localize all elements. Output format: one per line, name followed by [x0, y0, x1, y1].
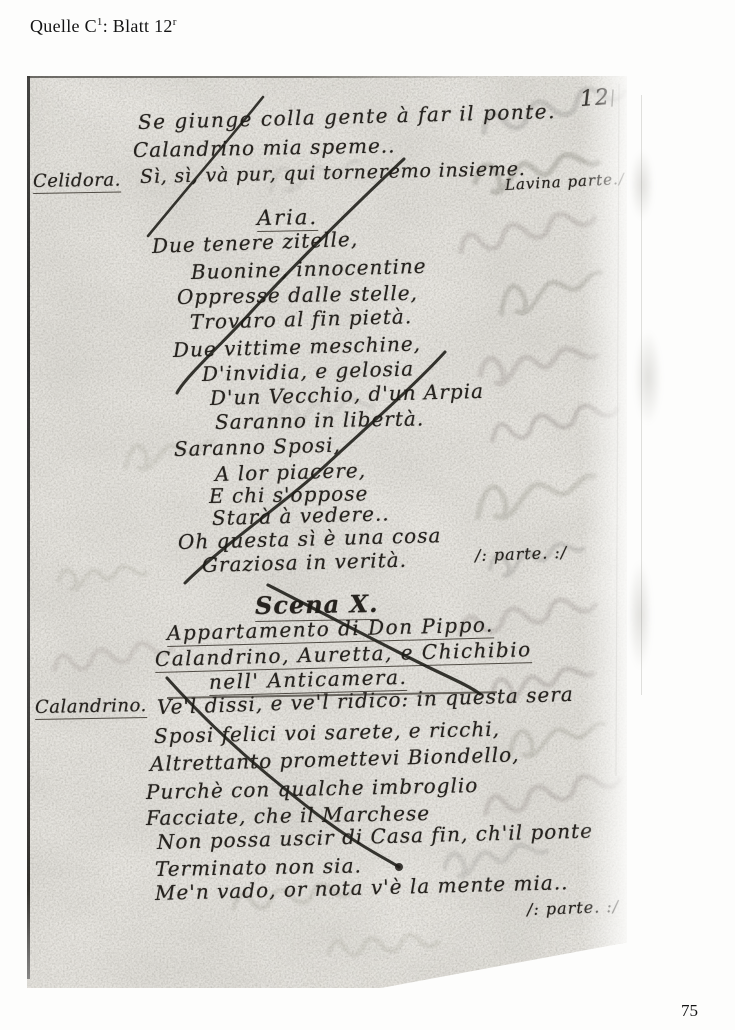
page-number: 75: [681, 1001, 698, 1021]
dialogue-line: Calandrino mia speme..: [133, 133, 396, 162]
edge-smudge: [628, 560, 652, 670]
edge-smudge: [630, 150, 654, 220]
scan-right-fade: [581, 76, 627, 988]
aria-line: Graziosa in verità.: [202, 548, 408, 577]
stage-direction-parte-mid: /: parte. :/: [475, 543, 568, 565]
edge-smudge: [634, 330, 662, 425]
stroke-end-blot: [395, 863, 403, 871]
dialogue-line: Altrettanto promettevi Biondello,: [150, 742, 520, 776]
aria-line: Saranno in libertà.: [215, 406, 425, 434]
dialogue-line: Se giunge colla gente à far il ponte.: [138, 99, 557, 134]
aria-line: Due tenere zitelle,: [152, 227, 359, 258]
book-page: Quelle C1: Blatt 12r: [0, 0, 735, 1030]
aria-line: Trovaro al fin pietà.: [190, 304, 413, 334]
source-caption: Quelle C1: Blatt 12r: [30, 16, 177, 37]
speaker-label-calandrino: Calandrino.: [35, 695, 147, 720]
dialogue-line: Sì, sì, và pur, qui torneremo insieme.: [140, 158, 526, 188]
scan-left-border: [27, 76, 30, 979]
scan-top-border: [27, 76, 495, 78]
caption-superscript-r: r: [173, 16, 177, 28]
aria-line: Buonine, innocentine: [191, 254, 427, 284]
caption-text: Quelle C: [30, 16, 97, 36]
dialogue-line: Purchè con qualche imbroglio: [146, 773, 479, 804]
caption-text-mid: : Blatt 12: [103, 16, 173, 36]
speaker-label-celidora: Celidora.: [33, 169, 121, 194]
page-edge-hairline: [641, 95, 642, 695]
manuscript-scan: 12 Se giunge colla gente à far il ponte.…: [27, 76, 627, 988]
aria-line: Saranno Sposi,: [174, 433, 341, 461]
